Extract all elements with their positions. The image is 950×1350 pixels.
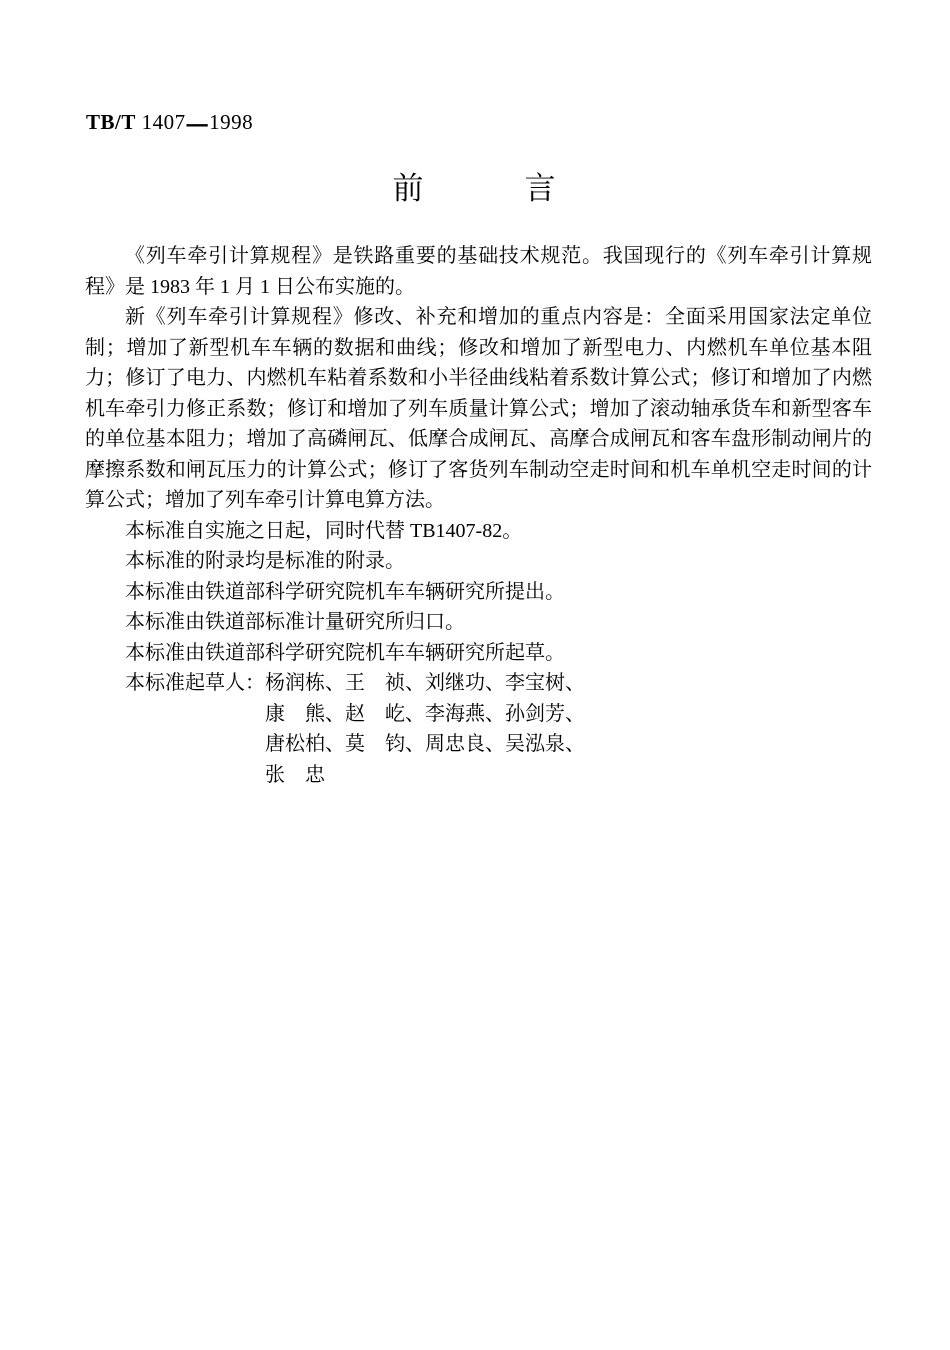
drafters-block: 本标准起草人： 杨润栋、王 祯、刘继功、李宝树、 康 熊、赵 屹、李海燕、孙剑芳… <box>125 668 872 790</box>
standard-code: TB/T 1407—1998 <box>86 110 253 135</box>
paragraph-proposed-by: 本标准由铁道部科学研究院机车车辆研究所提出。 <box>85 577 872 608</box>
paragraph-intro: 《列车牵引计算规程》是铁路重要的基础技术规范。我国现行的《列车牵引计算规程》是 … <box>85 241 872 302</box>
standard-code-dash: — <box>187 103 209 143</box>
foreword-body: 《列车牵引计算规程》是铁路重要的基础技术规范。我国现行的《列车牵引计算规程》是 … <box>85 241 872 790</box>
drafter-line: 杨润栋、王 祯、刘继功、李宝树、 <box>265 668 585 699</box>
paragraph-appendix: 本标准的附录均是标准的附录。 <box>85 546 872 577</box>
drafters-label: 本标准起草人： <box>125 668 265 790</box>
standard-code-year: 1998 <box>209 110 253 134</box>
standard-code-number: 1407 <box>136 110 186 134</box>
paragraph-revisions: 新《列车牵引计算规程》修改、补充和增加的重点内容是：全面采用国家法定单位制；增加… <box>85 302 872 516</box>
standard-code-prefix: TB/T <box>86 110 136 134</box>
document-page: TB/T 1407—1998 前 言 《列车牵引计算规程》是铁路重要的基础技术规… <box>0 0 950 1350</box>
paragraph-under-jurisdiction: 本标准由铁道部标准计量研究所归口。 <box>85 607 872 638</box>
drafter-line: 唐松柏、莫 钧、周忠良、吴泓泉、 <box>265 729 585 760</box>
paragraph-replacement: 本标准自实施之日起，同时代替 TB1407-82。 <box>85 516 872 547</box>
drafter-line: 张 忠 <box>265 760 585 791</box>
paragraph-drafted-by: 本标准由铁道部科学研究院机车车辆研究所起草。 <box>85 638 872 669</box>
drafter-lines: 杨润栋、王 祯、刘继功、李宝树、 康 熊、赵 屹、李海燕、孙剑芳、 唐松柏、莫 … <box>265 668 585 790</box>
page-title: 前 言 <box>0 163 950 208</box>
drafter-line: 康 熊、赵 屹、李海燕、孙剑芳、 <box>265 699 585 730</box>
